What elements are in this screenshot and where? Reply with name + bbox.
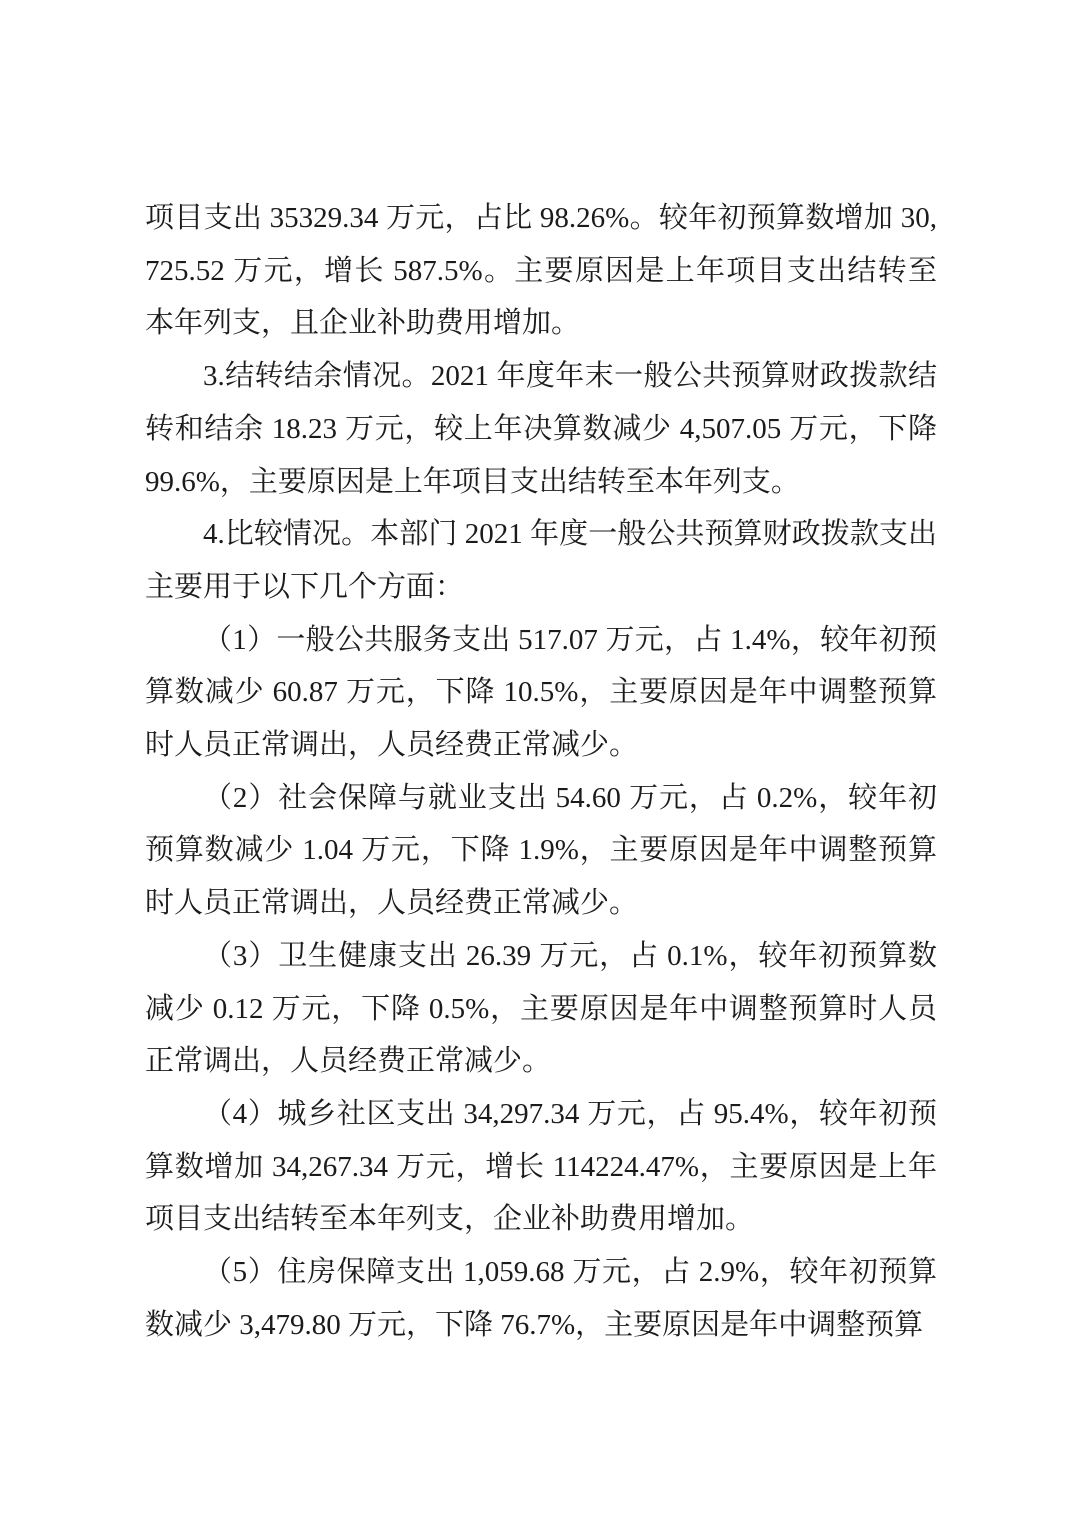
paragraph-item-1-general-public-services: （1）一般公共服务支出 517.07 万元，占 1.4%，较年初预算数减少 60… <box>145 614 937 772</box>
paragraph-item-2-social-security-employment: （2）社会保障与就业支出 54.60 万元，占 0.2%，较年初预算数减少 1.… <box>145 772 937 930</box>
paragraph-project-expenditure-continuation: 项目支出 35329.34 万元，占比 98.26%。较年初预算数增加 30,7… <box>145 192 937 350</box>
paragraph-carryover-surplus: 3.结转结余情况。2021 年度年末一般公共预算财政拨款结转和结余 18.23 … <box>145 350 937 508</box>
paragraph-item-5-housing-security: （5）住房保障支出 1,059.68 万元，占 2.9%，较年初预算数减少 3,… <box>145 1246 937 1351</box>
document-page: 项目支出 35329.34 万元，占比 98.26%。较年初预算数增加 30,7… <box>0 0 1075 1521</box>
paragraph-item-3-health: （3）卫生健康支出 26.39 万元，占 0.1%，较年初预算数减少 0.12 … <box>145 930 937 1088</box>
paragraph-item-4-urban-rural-community: （4）城乡社区支出 34,297.34 万元，占 95.4%，较年初预算数增加 … <box>145 1088 937 1246</box>
document-body: 项目支出 35329.34 万元，占比 98.26%。较年初预算数增加 30,7… <box>145 192 937 1351</box>
paragraph-comparison-intro: 4.比较情况。本部门 2021 年度一般公共预算财政拨款支出主要用于以下几个方面… <box>145 508 937 613</box>
